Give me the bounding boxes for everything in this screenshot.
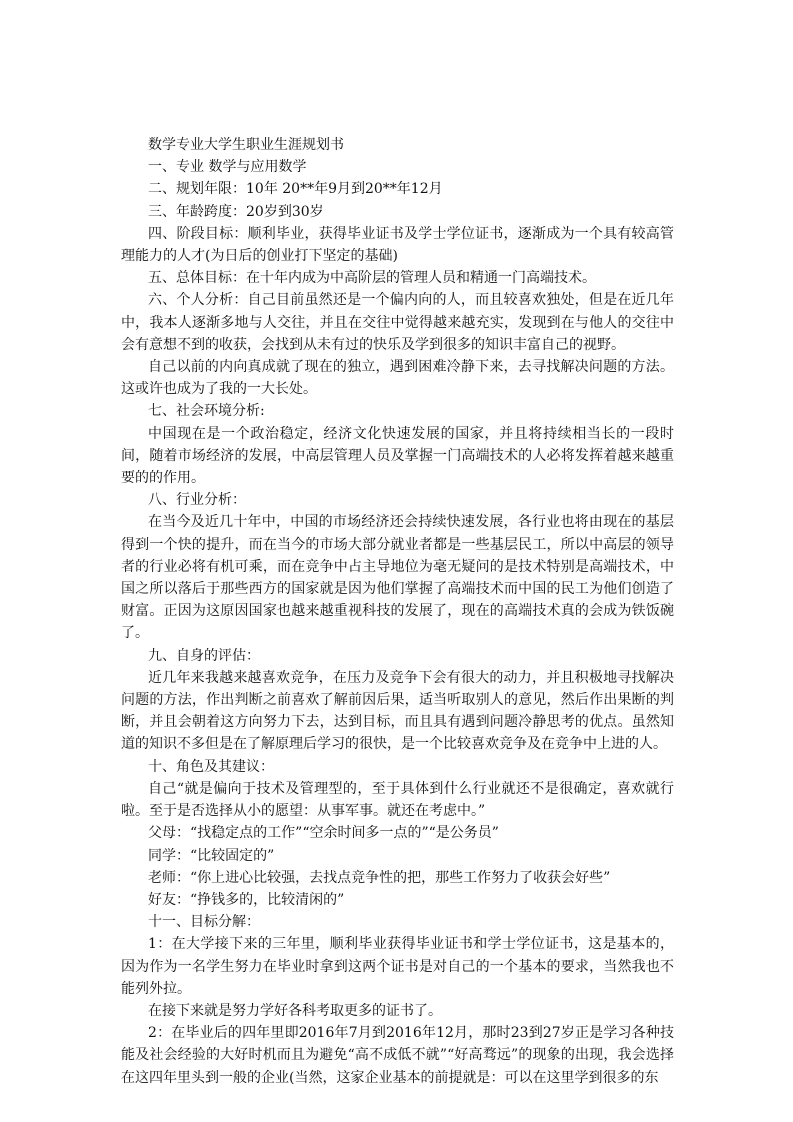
document-title: 数学专业大学生职业生涯规划书 <box>121 134 674 156</box>
section-personal-analysis: 六、个人分析：自己目前虽然还是一个偏内向的人，而且较喜欢独处，但是在近几年中，我… <box>121 289 674 356</box>
paragraph-personal-analysis-cont: 自己以前的内向真成就了现在的独立，遇到困难冷静下来，去寻找解决问题的方法。这或许… <box>121 356 674 400</box>
section-self-assessment: 九、自身的评估： <box>121 645 674 667</box>
section-goal-breakdown: 十一、目标分解： <box>121 911 674 933</box>
paragraph-goal-1: 1：在大学接下来的三年里，顺利毕业获得毕业证书和学士学位证书，这是基本的，因为作… <box>121 933 674 1000</box>
section-social-environment: 七、社会环境分析: <box>121 400 674 422</box>
section-industry-analysis: 八、行业分析： <box>121 489 674 511</box>
section-major: 一、专业 数学与应用数学 <box>121 156 674 178</box>
document-page: 数学专业大学生职业生涯规划书 一、专业 数学与应用数学 二、规划年限：10年 2… <box>121 134 674 1089</box>
paragraph-goal-2: 2：在毕业后的四年里即2016年7月到2016年12月，那时23到27岁正是学习… <box>121 1022 674 1089</box>
paragraph-goal-1-cont: 在接下来就是努力学好各科考取更多的证书了。 <box>121 1000 674 1022</box>
paragraph-self-assessment: 近几年来我越来越喜欢竞争，在压力及竞争下会有很大的动力，并且积极地寻找解决问题的… <box>121 667 674 756</box>
paragraph-self-advice: 自己“就是偏向于技术及管理型的，至于具体到什么行业就还不是很确定，喜欢就行啦。至… <box>121 778 674 822</box>
paragraph-social-environment: 中国现在是一个政治稳定，经济文化快速发展的国家，并且将持续相当长的一段时间，随着… <box>121 423 674 490</box>
paragraph-teacher-advice: 老师：“你上进心比较强，去找点竞争性的把，那些工作努力了收获会好些” <box>121 867 674 889</box>
section-planning-period: 二、规划年限：10年 20**年9月到20**年12月 <box>121 178 674 200</box>
section-age-span: 三、年龄跨度：20岁到30岁 <box>121 201 674 223</box>
paragraph-parents-advice: 父母：“找稳定点的工作”“空余时间多一点的”“是公务员” <box>121 822 674 844</box>
section-stage-goal: 四、阶段目标：顺利毕业，获得毕业证书及学士学位证书，逐渐成为一个具有较高管理能力… <box>121 223 674 267</box>
paragraph-classmates-advice: 同学：“比较固定的” <box>121 845 674 867</box>
section-overall-goal: 五、总体目标：在十年内成为中高阶层的管理人员和精通一门高端技术。 <box>121 267 674 289</box>
paragraph-friends-advice: 好友：“挣钱多的，比较清闲的” <box>121 889 674 911</box>
section-roles-advice: 十、角色及其建议： <box>121 756 674 778</box>
paragraph-industry-analysis: 在当今及近几十年中，中国的市场经济还会持续快速发展，各行业也将由现在的基层得到一… <box>121 511 674 644</box>
